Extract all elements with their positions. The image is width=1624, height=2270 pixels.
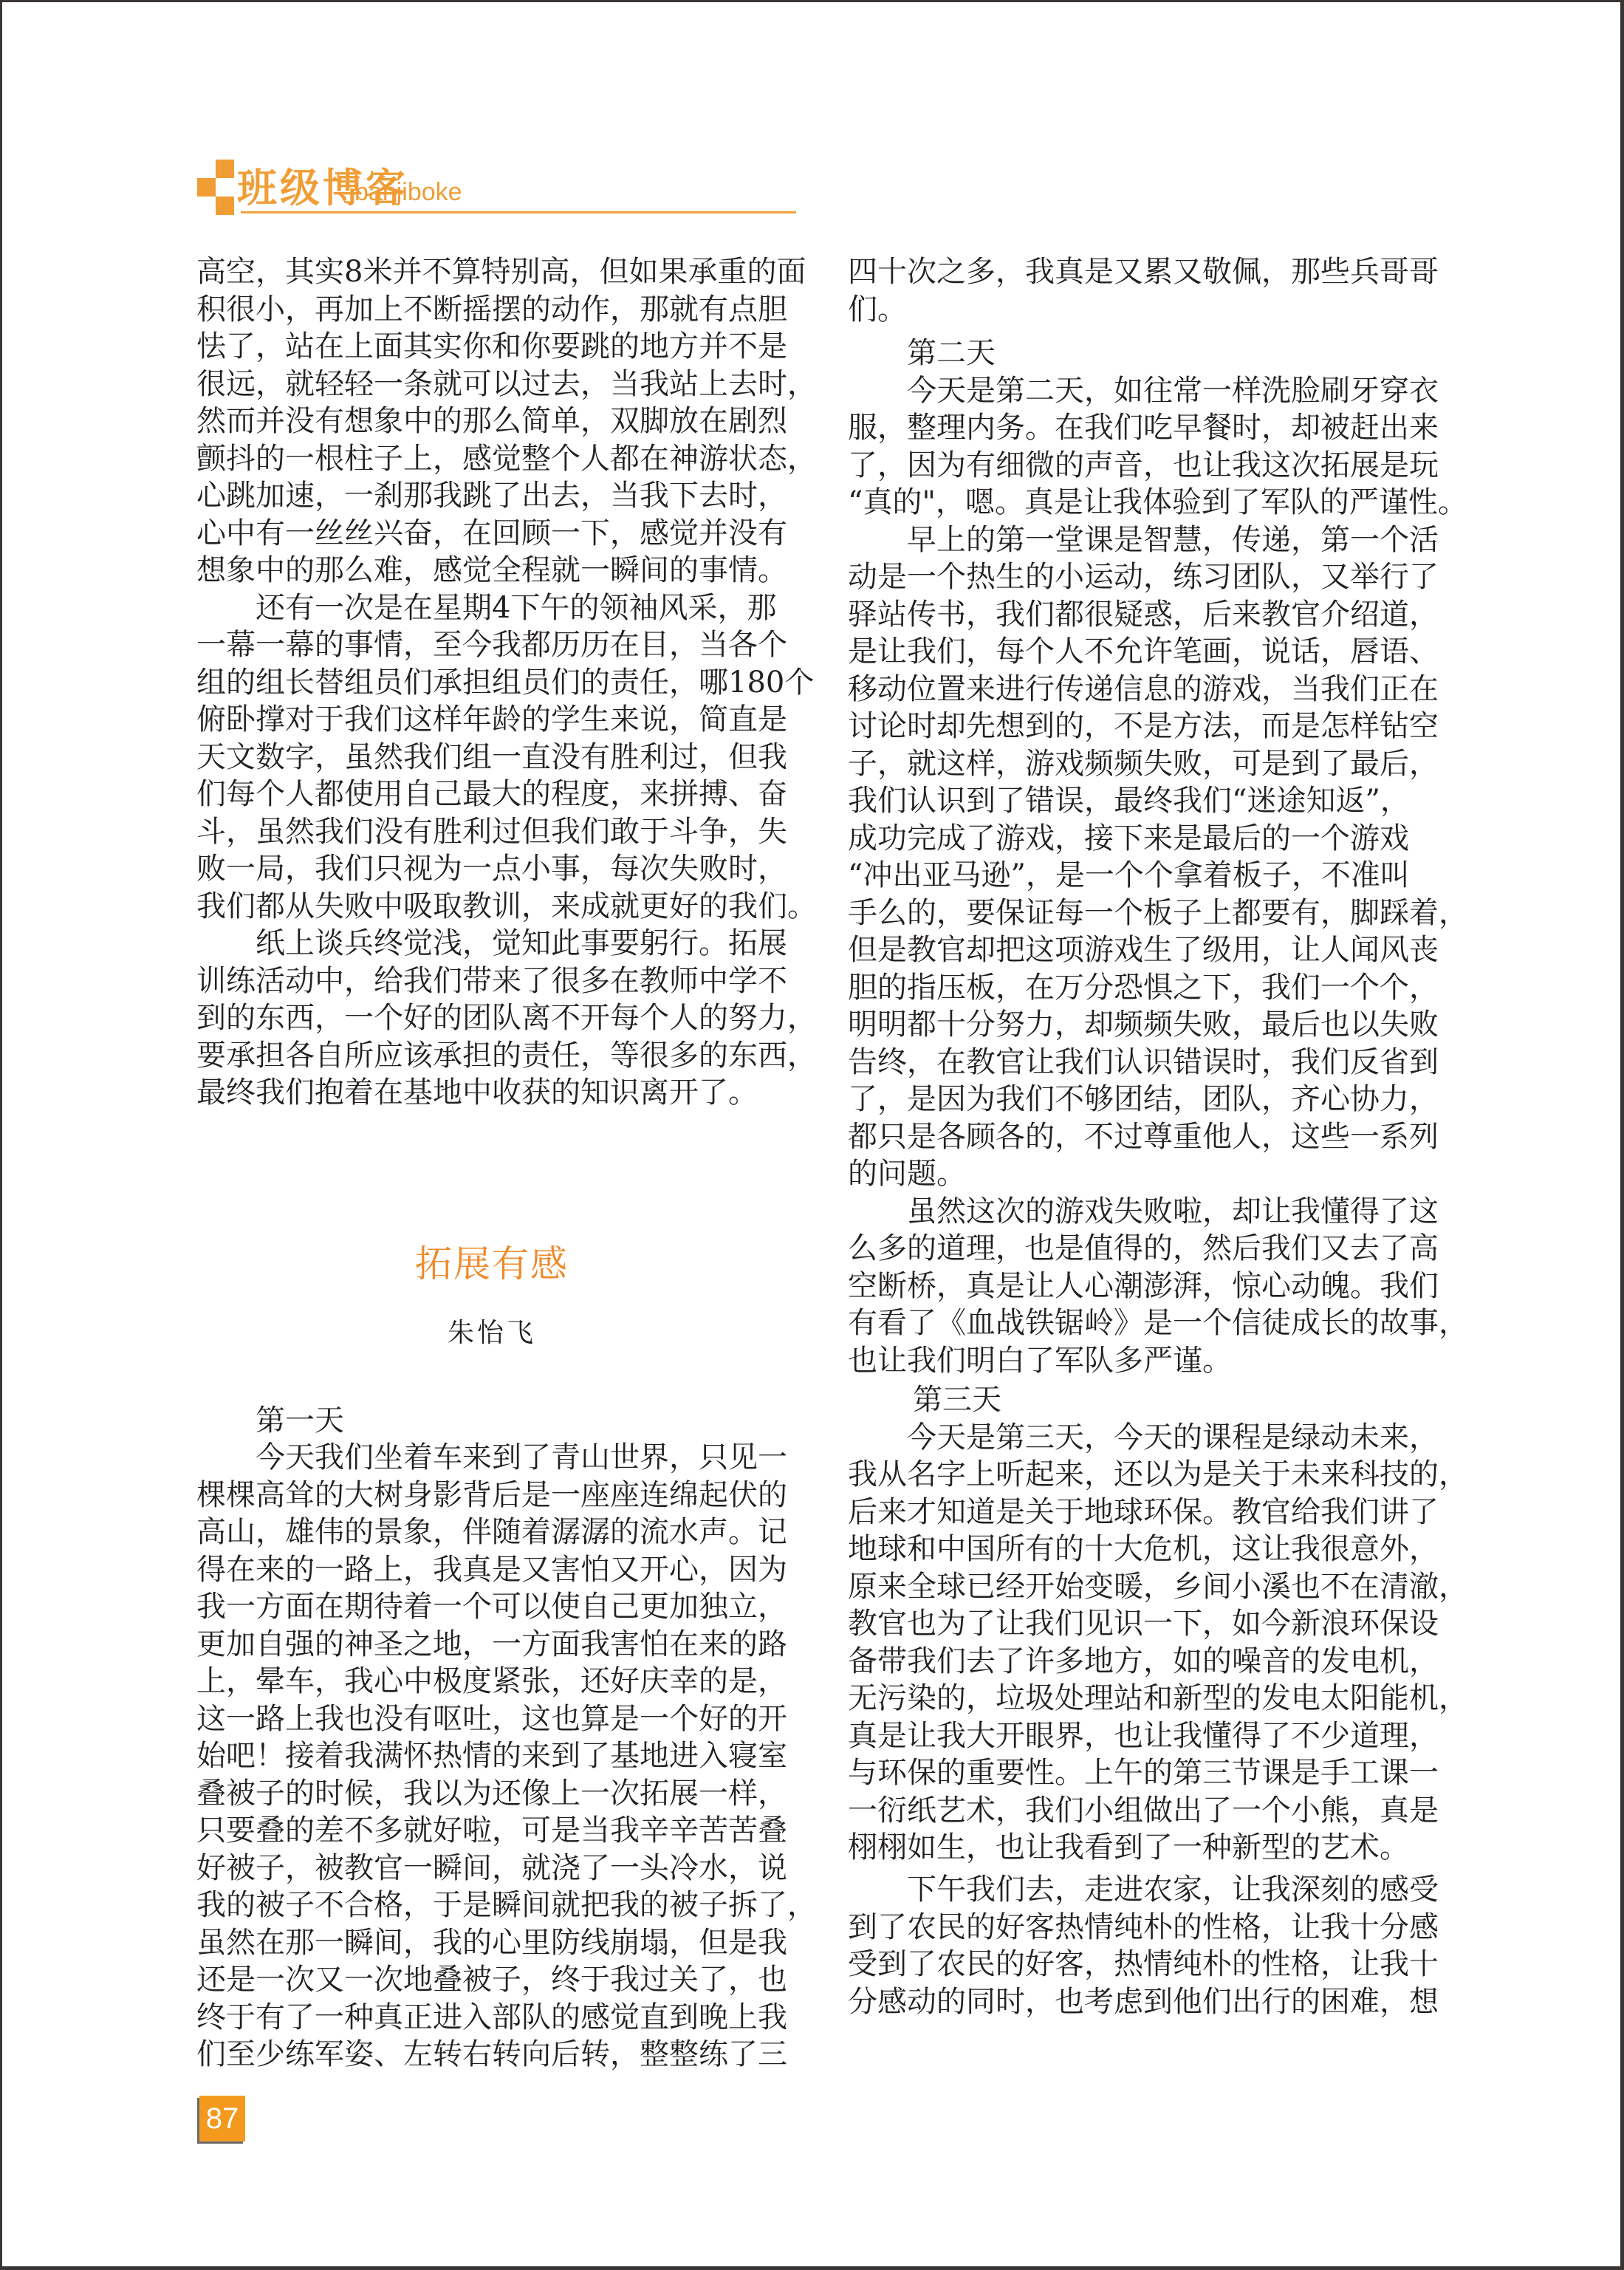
text-line: 早上的第一堂课是智慧，传递，第一个活 [907, 522, 1439, 559]
text-line: 虽然在那一瞬间，我的心里防线崩塌，但是我 [196, 1924, 787, 1962]
magazine-page: 班级博客 banjiboke 高空，其实8米并不算特别高，但如果承重的面 积很小… [0, 0, 1624, 2270]
text-line: 最终我们抱着在基地中收获的知识离开了。 [196, 1074, 758, 1112]
text-line: 我们认识到了错误，最终我们“迷途知返”， [848, 782, 1410, 820]
text-line: 要承担各自所应该承担的责任，等很多的东西， [196, 1037, 817, 1075]
article-title: 拓展有感 [196, 1242, 787, 1286]
header-divider [241, 211, 796, 213]
text-line: 虽然这次的游戏失败啦，却让我懂得了这 [907, 1193, 1439, 1231]
text-line: 心中有一丝丝兴奋，在回顾一下，感觉并没有 [196, 515, 787, 553]
text-line: 成功完成了游戏，接下来是最后的一个游戏 [848, 820, 1409, 858]
text-line: 斗，虽然我们没有胜利过但我们敢于斗争，失 [196, 813, 787, 851]
text-line: 教官也为了让我们见识一下，如今新浪环保设 [848, 1605, 1439, 1643]
text-line: 我的被子不合格，于是瞬间就把我的被子拆了， [196, 1887, 817, 1924]
text-line: 备带我们去了许多地方，如的噪音的发电机， [848, 1643, 1439, 1681]
text-line: 无污染的，垃圾处理站和新型的发电太阳能机， [848, 1680, 1468, 1717]
text-line: 明明都十分努力，却频频失败，最后也以失败 [848, 1006, 1439, 1044]
text-line: 上，晕车，我心中极度紧张，还好庆幸的是， [196, 1663, 787, 1700]
text-line: 真是让我大开眼界，也让我懂得了不少道理， [848, 1717, 1439, 1755]
text-line: 纸上谈兵终觉浅，觉知此事要躬行。拓展 [256, 925, 787, 963]
text-line: 俯卧撑对于我们这样年龄的学生来说，简直是 [196, 701, 787, 739]
logo-square-top [216, 160, 234, 178]
text-line: 怯了，站在上面其实你和你要跳的地方并不是 [196, 328, 787, 366]
text-line: 棵棵高耸的大树身影背后是一座座连绵起伏的 [196, 1477, 787, 1514]
text-line: 很远，就轻轻一条就可以过去，当我站上去时， [196, 366, 817, 403]
text-line: 积很小，再加上不断摇摆的动作，那就有点胆 [196, 291, 787, 329]
text-line: 这一路上我也没有呕吐，这也算是一个好的开 [196, 1700, 787, 1738]
text-line: 到的东西，一个好的团队离不开每个人的努力， [196, 999, 817, 1037]
text-line: 服，整理内务。在我们吃早餐时，却被赶出来 [848, 409, 1439, 447]
text-line: 到了农民的好客热情纯朴的性格，让我十分感 [848, 1909, 1439, 1946]
text-line: 原来全球已经开始变暖，乡间小溪也不在清澈， [848, 1568, 1468, 1606]
text-line: 我从名字上听起来，还以为是关于未来科技的， [848, 1456, 1468, 1494]
text-line: 颤抖的一根柱子上，感觉整个人都在神游状态， [196, 440, 817, 478]
text-line: 空断桥，真是让人心潮澎湃，惊心动魄。我们 [848, 1268, 1439, 1305]
text-line: 都只是各顾各的，不过尊重他人，这些一系列 [848, 1118, 1439, 1156]
text-line: 告终，在教官让我们认识错误时，我们反省到 [848, 1044, 1439, 1081]
text-line: 的问题。 [848, 1155, 966, 1193]
text-line: 栩栩如生，也让我看到了一种新型的艺术。 [848, 1829, 1409, 1867]
article-author: 朱怡飞 [196, 1317, 787, 1350]
section-subtitle: banjiboke [354, 177, 462, 207]
text-line: 然而并没有想象中的那么简单，双脚放在剧烈 [196, 403, 787, 440]
text-line: 了，因为有细微的声音，也让我这次拓展是玩 [848, 447, 1439, 485]
text-line: 么多的道理，也是值得的，然后我们又去了高 [848, 1230, 1439, 1268]
text-line: 讨论时却先想到的，不是方法，而是怎样钻空 [848, 708, 1439, 745]
text-line: 始吧！接着我满怀热情的来到了基地进入寝室 [196, 1737, 787, 1775]
text-line: 胆的指压板，在万分恐惧之下，我们一个个， [848, 969, 1439, 1007]
text-line: 高空，其实8米并不算特别高，但如果承重的面 [196, 253, 806, 291]
text-line: “冲出亚马逊”，是一个个拿着板子，不准叫 [848, 857, 1410, 895]
text-line: “真的"，嗯。真是让我体验到了军队的严谨性。 [848, 484, 1467, 522]
text-line: 想象中的那么难，感觉全程就一瞬间的事情。 [196, 552, 787, 589]
text-line: 组的组长替组员们承担组员们的责任，哪180个 [196, 664, 814, 702]
page-number: 87 [199, 2096, 245, 2141]
text-line: 们每个人都使用自己最大的程度，来拼搏、奋 [196, 776, 787, 813]
text-line: 今天我们坐着车来到了青山世界，只见一 [256, 1439, 787, 1477]
text-line: 败一局，我们只视为一点小事，每次失败时， [196, 850, 787, 888]
text-line: 了，是因为我们不够团结，团队，齐心协力， [848, 1081, 1439, 1118]
text-line: 心跳加速，一刹那我跳了出去，当我下去时， [196, 477, 787, 515]
text-line: 动是一个热生的小运动，练习团队，又举行了 [848, 558, 1439, 596]
text-line: 好被子，被教官一瞬间，就浇了一头冷水，说 [196, 1850, 787, 1887]
text-line: 们至少练军姿、左转右转向后转，整整练了三 [196, 2036, 787, 2074]
text-line: 与环保的重要性。上午的第三节课是手工课一 [848, 1754, 1439, 1792]
text-line: 驿站传书，我们都很疑惑，后来教官介绍道， [848, 596, 1439, 634]
text-line: 叠被子的时候，我以为还像上一次拓展一样， [196, 1775, 787, 1813]
text-line: 但是教官却把这项游戏生了级用，让人闻风丧 [848, 931, 1439, 969]
text-line: 是让我们，每个人不允许笔画，说话，唇语、 [848, 633, 1439, 671]
text-line: 移动位置来进行传递信息的游戏，当我们正在 [848, 671, 1439, 708]
text-line: 也让我们明白了军队多严谨。 [848, 1342, 1232, 1380]
text-line: 手么的，要保证每一个板子上都要有，脚踩着， [848, 895, 1468, 932]
text-line: 还是一次又一次地叠被子，终于我过关了，也 [196, 1961, 787, 1999]
text-line: 有看了《血战铁锯岭》是一个信徒成长的故事， [848, 1305, 1468, 1342]
text-line: 我一方面在期待着一个可以使自己更加独立， [196, 1588, 787, 1626]
logo-square-bottom [216, 196, 234, 215]
text-line: 高山，雄伟的景象，伴随着潺潺的流水声。记 [196, 1514, 787, 1551]
text-line: 训练活动中，给我们带来了很多在教师中学不 [196, 963, 787, 1000]
text-line: 分感动的同时，也考虑到他们出行的困难，想 [848, 1983, 1439, 2021]
text-line: 四十次之多，我真是又累又敬佩，那些兵哥哥 [848, 253, 1439, 291]
text-line: 一幕一幕的事情，至今我都历历在目，当各个 [196, 626, 787, 664]
text-line: 我们都从失败中吸取教训，来成就更好的我们。 [196, 888, 817, 926]
text-line: 下午我们去，走进农家，让我深刻的感受 [907, 1871, 1439, 1909]
text-line: 一衍纸艺术，我们小组做出了一个小熊，真是 [848, 1792, 1439, 1830]
text-line: 受到了农民的好客，热情纯朴的性格，让我十 [848, 1946, 1439, 1983]
text-line: 更加自强的神圣之地，一方面我害怕在来的路 [196, 1626, 787, 1664]
text-line: 今天是第三天，今天的课程是绿动未来， [907, 1419, 1439, 1457]
day-heading: 第一天 [256, 1402, 344, 1440]
text-line: 们。 [848, 291, 907, 329]
day-heading: 第二天 [907, 335, 996, 372]
text-line: 后来才知道是关于地球环保。教官给我们讲了 [848, 1494, 1439, 1531]
text-line: 还有一次是在星期4下午的领袖风采，那 [256, 589, 776, 627]
text-line: 只要叠的差不多就好啦，可是当我辛辛苦苦叠 [196, 1812, 787, 1850]
text-line: 子，就这样，游戏频频失败，可是到了最后， [848, 745, 1439, 783]
text-line: 今天是第二天，如往常一样洗脸刷牙穿衣 [907, 372, 1439, 410]
text-line: 得在来的一路上，我真是又害怕又开心，因为 [196, 1551, 787, 1589]
logo-square-middle [197, 178, 216, 196]
text-line: 地球和中国所有的十大危机，这让我很意外， [848, 1531, 1439, 1568]
text-line: 天文数字，虽然我们组一直没有胜利过，但我 [196, 739, 787, 776]
day-heading: 第三天 [913, 1381, 1001, 1419]
text-line: 终于有了一种真正进入部队的感觉直到晚上我 [196, 1999, 787, 2037]
